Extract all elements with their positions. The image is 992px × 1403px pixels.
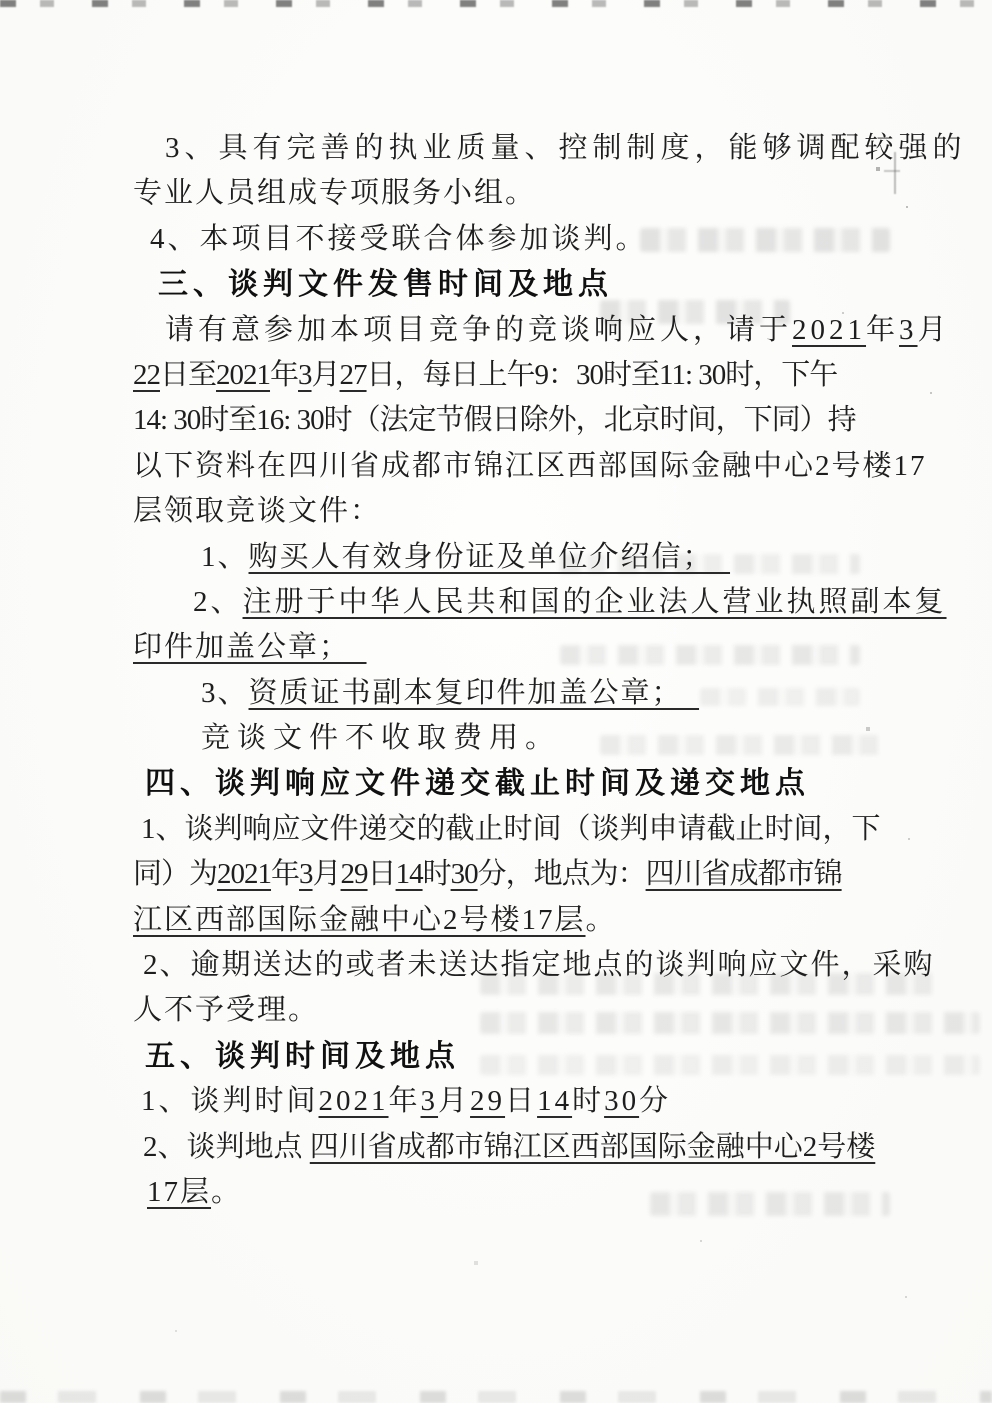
scan-edge-artifact-top — [0, 0, 992, 7]
document-content: 3、具有完善的执业质量、控制制度，能够调配较强的专业人员组成专项服务小组。4、本… — [133, 126, 870, 1215]
text-segment: 专业人员组成专项服务小组。 — [133, 177, 536, 209]
underlined-text-segment: 3 — [299, 858, 313, 890]
text-segment: 日至 — [160, 359, 216, 391]
text-segment: 年 — [866, 314, 899, 346]
section-heading: 四、谈判响应文件递交截止时间及递交地点 — [145, 761, 870, 806]
section-heading: 五、谈判时间及地点 — [145, 1034, 870, 1079]
text-segment: 日，每日上午9：30时至11: 30时，下午 — [367, 359, 838, 391]
document-line: 竞谈文件不收取费用。 — [201, 716, 870, 761]
text-segment: 分 — [639, 1085, 671, 1117]
underlined-text-segment: 四川省成都市锦江区西部国际金融中心2号楼 — [310, 1131, 876, 1163]
scan-speck-artifact — [0, 0, 2, 2]
text-segment: 日 — [368, 858, 396, 890]
text-segment: 年 — [271, 858, 299, 890]
underlined-text-segment: 四川省成都市锦 — [646, 858, 842, 890]
document-line: 17层。 — [147, 1170, 870, 1215]
underlined-text-segment: 2021 — [216, 359, 270, 391]
text-segment: 竞谈文件不收取费用。 — [201, 722, 561, 754]
text-segment: 月 — [313, 858, 341, 890]
document-line: 2、注册于中华人民共和国的企业法人营业执照副本复 — [193, 580, 870, 625]
underlined-text-segment: 3 — [899, 314, 918, 346]
underlined-text-segment: 14 — [396, 858, 423, 890]
document-line: 1、购买人有效身份证及单位介绍信； — [201, 535, 870, 580]
underlined-text-segment: 30 — [604, 1085, 639, 1117]
text-segment: 1、谈判时间 — [141, 1085, 319, 1117]
text-segment: 。 — [211, 1176, 242, 1208]
scan-edge-artifact-bottom — [0, 1391, 992, 1403]
document-line: 人不予受理。 — [133, 988, 870, 1033]
underlined-text-segment: 江区西部国际金融中心2号楼17层 — [133, 904, 586, 936]
document-line: 1、谈判响应文件递交的截止时间（谈判申请截止时间，下 — [141, 807, 870, 852]
underlined-text-segment: 27 — [340, 359, 367, 391]
document-line: 4、本项目不接受联合体参加谈判。 — [150, 217, 870, 262]
document-line: 22日至2021年3月27日，每日上午9：30时至11: 30时，下午 — [133, 353, 870, 398]
text-segment: 时 — [423, 858, 451, 890]
underlined-text-segment: 17层 — [147, 1176, 211, 1208]
text-segment: 1、谈判响应文件递交的截止时间（谈判申请截止时间，下 — [141, 813, 881, 845]
underlined-text-segment: 资质证书副本复印件加盖公章； — [249, 677, 700, 709]
underlined-text-segment: 2021 — [217, 858, 271, 890]
underlined-text-segment: 22 — [133, 359, 160, 391]
text-segment: 月 — [438, 1085, 470, 1117]
underlined-text-segment: 3 — [421, 1085, 439, 1117]
document-line: 同）为2021年3月29日14时30分，地点为：四川省成都市锦 — [133, 852, 870, 897]
text-segment: 2、 — [193, 586, 243, 618]
document-line: 层领取竞谈文件： — [133, 489, 870, 534]
document-line: 3、资质证书副本复印件加盖公章； — [201, 671, 870, 716]
text-segment: 2、逾期送达的或者未送达指定地点的谈判响应文件，采购 — [143, 949, 935, 981]
text-segment: 2、谈判地点 — [143, 1131, 310, 1163]
underlined-text-segment: 30 — [451, 858, 478, 890]
document-line: 2、谈判地点 四川省成都市锦江区西部国际金融中心2号楼 — [143, 1125, 870, 1170]
document-line: 1、谈判时间2021年3月29日14时30分 — [141, 1079, 870, 1124]
text-segment: 月 — [918, 314, 951, 346]
scanned-document-page: 3、具有完善的执业质量、控制制度，能够调配较强的专业人员组成专项服务小组。4、本… — [0, 0, 992, 1403]
text-segment: 层领取竞谈文件： — [133, 495, 381, 527]
document-line: 印件加盖公章； — [133, 625, 870, 670]
scan-speck-artifact — [884, 170, 900, 172]
text-segment: 3、具有完善的执业质量、控制制度，能够调配较强的 — [165, 132, 967, 164]
text-segment: 人不予受理。 — [133, 994, 319, 1026]
text-segment: 月 — [312, 359, 340, 391]
document-line: 2、逾期送达的或者未送达指定地点的谈判响应文件，采购 — [143, 943, 870, 988]
text-segment: 14: 30时至16: 30时（法定节假日除外，北京时间，下同）持 — [133, 404, 856, 436]
text-segment: 同）为 — [133, 858, 217, 890]
text-segment: 以下资料在四川省成都市锦江区西部国际金融中心2号楼17 — [133, 450, 927, 482]
underlined-text-segment: 3 — [298, 359, 312, 391]
underlined-text-segment: 购买人有效身份证及单位介绍信； — [249, 541, 731, 573]
text-segment: 年 — [270, 359, 298, 391]
underlined-text-segment: 2021 — [792, 314, 866, 346]
document-line: 3、具有完善的执业质量、控制制度，能够调配较强的 — [165, 126, 870, 171]
underlined-text-segment: 注册于中华人民共和国的企业法人营业执照副本复 — [243, 586, 947, 618]
underlined-text-segment: 2021 — [319, 1085, 389, 1117]
section-heading: 三、谈判文件发售时间及地点 — [158, 262, 870, 307]
document-line: 以下资料在四川省成都市锦江区西部国际金融中心2号楼17 — [133, 444, 870, 489]
document-line: 请有意参加本项目竞争的竞谈响应人，请于2021年3月 — [165, 308, 870, 353]
underlined-text-segment: 29 — [470, 1085, 505, 1117]
text-segment: 4、本项目不接受联合体参加谈判。 — [150, 223, 648, 255]
text-segment: 时 — [572, 1085, 604, 1117]
underlined-text-segment: 29 — [341, 858, 368, 890]
text-segment: 三、谈判文件发售时间及地点 — [158, 268, 613, 301]
text-segment: 。 — [586, 904, 617, 936]
text-segment: 1、 — [201, 541, 249, 573]
text-segment: 年 — [389, 1085, 421, 1117]
underlined-text-segment: 印件加盖公章； — [133, 631, 367, 663]
text-segment: 日 — [505, 1085, 537, 1117]
underlined-text-segment: 14 — [537, 1085, 572, 1117]
text-segment: 五、谈判时间及地点 — [145, 1040, 460, 1073]
document-line: 江区西部国际金融中心2号楼17层。 — [133, 898, 870, 943]
text-segment: 请有意参加本项目竞争的竞谈响应人，请于 — [165, 314, 792, 346]
document-line: 专业人员组成专项服务小组。 — [133, 171, 870, 216]
text-segment: 3、 — [201, 677, 249, 709]
document-line: 14: 30时至16: 30时（法定节假日除外，北京时间，下同）持 — [133, 398, 870, 443]
text-segment: 分，地点为： — [478, 858, 646, 890]
text-segment: 四、谈判响应文件递交截止时间及递交地点 — [145, 767, 810, 800]
